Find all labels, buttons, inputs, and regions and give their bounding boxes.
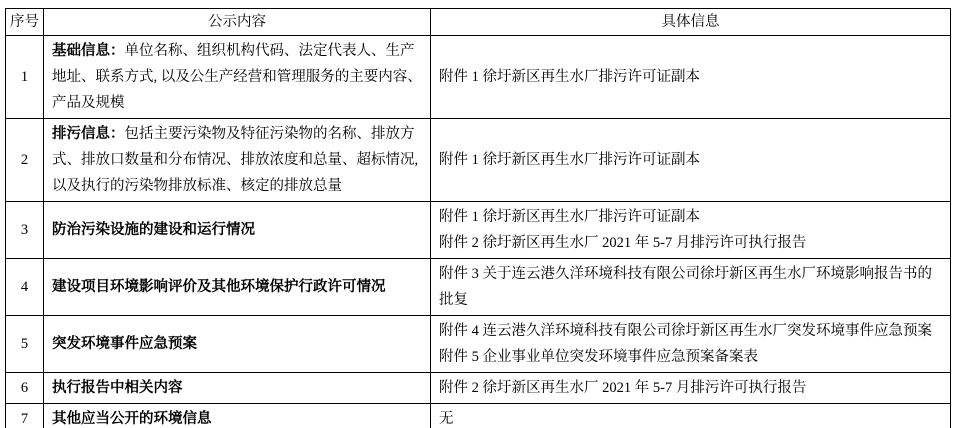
detail-line: 附件 5 企业事业单位突发环境事件应急预案备案表 xyxy=(439,344,942,370)
detail-line: 附件 4 连云港久洋环境科技有限公司徐圩新区再生水厂突发环境事件应急预案 xyxy=(439,318,942,344)
table-row: 5 突发环境事件应急预案 附件 4 连云港久洋环境科技有限公司徐圩新区再生水厂突… xyxy=(6,316,951,373)
table-header-row: 序号 公示内容 具体信息 xyxy=(6,9,951,36)
details-cell: 附件 1 徐圩新区再生水厂排污许可证副本 附件 2 徐圩新区再生水厂 2021 … xyxy=(431,202,951,259)
row-number: 3 xyxy=(6,202,44,259)
content-lead: 防治污染设施的建设和运行情况 xyxy=(52,222,255,238)
document-page: 序号 公示内容 具体信息 1 基础信息：单位名称、组织机构代码、法定代表人、生产… xyxy=(0,0,958,428)
content-cell: 执行报告中相关内容 xyxy=(44,373,431,404)
content-cell: 基础信息：单位名称、组织机构代码、法定代表人、生产地址、联系方式, 以及公生产经… xyxy=(44,36,431,119)
details-cell: 附件 1 徐圩新区再生水厂排污许可证副本 xyxy=(431,119,951,202)
content-lead: 建设项目环境影响评价及其他环境保护行政许可情况 xyxy=(52,279,386,295)
header-serial-number: 序号 xyxy=(6,9,44,36)
table-row: 2 排污信息：包括主要污染物及特征污染物的名称、排放方式、排放口数量和分布情况、… xyxy=(6,119,951,202)
row-number: 4 xyxy=(6,259,44,316)
content-lead: 基础信息： xyxy=(52,43,125,59)
detail-line: 附件 2 徐圩新区再生水厂 2021 年 5-7 月排污许可执行报告 xyxy=(439,230,942,256)
row-number: 6 xyxy=(6,373,44,404)
content-cell: 建设项目环境影响评价及其他环境保护行政许可情况 xyxy=(44,259,431,316)
row-number: 5 xyxy=(6,316,44,373)
detail-line: 附件 1 徐圩新区再生水厂排污许可证副本 xyxy=(439,204,942,230)
details-cell: 附件 1 徐圩新区再生水厂排污许可证副本 xyxy=(431,36,951,119)
row-number: 7 xyxy=(6,404,44,428)
header-public-content: 公示内容 xyxy=(44,9,431,36)
header-specific-info: 具体信息 xyxy=(431,9,951,36)
table-row: 4 建设项目环境影响评价及其他环境保护行政许可情况 附件 3 关于连云港久洋环境… xyxy=(6,259,951,316)
content-lead: 突发环境事件应急预案 xyxy=(52,336,197,352)
table-row: 1 基础信息：单位名称、组织机构代码、法定代表人、生产地址、联系方式, 以及公生… xyxy=(6,36,951,119)
content-lead: 其他应当公开的环境信息 xyxy=(52,411,212,427)
detail-line: 无 xyxy=(439,406,942,428)
details-cell: 附件 3 关于连云港久洋环境科技有限公司徐圩新区再生水厂环境影响报告书的批复 xyxy=(431,259,951,316)
details-cell: 无 xyxy=(431,404,951,428)
content-cell: 排污信息：包括主要污染物及特征污染物的名称、排放方式、排放口数量和分布情况、排放… xyxy=(44,119,431,202)
content-cell: 防治污染设施的建设和运行情况 xyxy=(44,202,431,259)
detail-line: 附件 2 徐圩新区再生水厂 2021 年 5-7 月排污许可执行报告 xyxy=(439,375,942,401)
detail-line: 附件 1 徐圩新区再生水厂排污许可证副本 xyxy=(439,147,942,173)
detail-line: 附件 1 徐圩新区再生水厂排污许可证副本 xyxy=(439,64,942,90)
content-cell: 突发环境事件应急预案 xyxy=(44,316,431,373)
detail-line: 附件 3 关于连云港久洋环境科技有限公司徐圩新区再生水厂环境影响报告书的批复 xyxy=(439,261,942,313)
table-row: 6 执行报告中相关内容 附件 2 徐圩新区再生水厂 2021 年 5-7 月排污… xyxy=(6,373,951,404)
content-lead: 排污信息： xyxy=(52,126,125,142)
content-cell: 其他应当公开的环境信息 xyxy=(44,404,431,428)
table-row: 3 防治污染设施的建设和运行情况 附件 1 徐圩新区再生水厂排污许可证副本 附件… xyxy=(6,202,951,259)
row-number: 2 xyxy=(6,119,44,202)
disclosure-table: 序号 公示内容 具体信息 1 基础信息：单位名称、组织机构代码、法定代表人、生产… xyxy=(5,8,951,428)
content-lead: 执行报告中相关内容 xyxy=(52,380,183,396)
table-row: 7 其他应当公开的环境信息 无 xyxy=(6,404,951,428)
details-cell: 附件 2 徐圩新区再生水厂 2021 年 5-7 月排污许可执行报告 xyxy=(431,373,951,404)
details-cell: 附件 4 连云港久洋环境科技有限公司徐圩新区再生水厂突发环境事件应急预案 附件 … xyxy=(431,316,951,373)
row-number: 1 xyxy=(6,36,44,119)
